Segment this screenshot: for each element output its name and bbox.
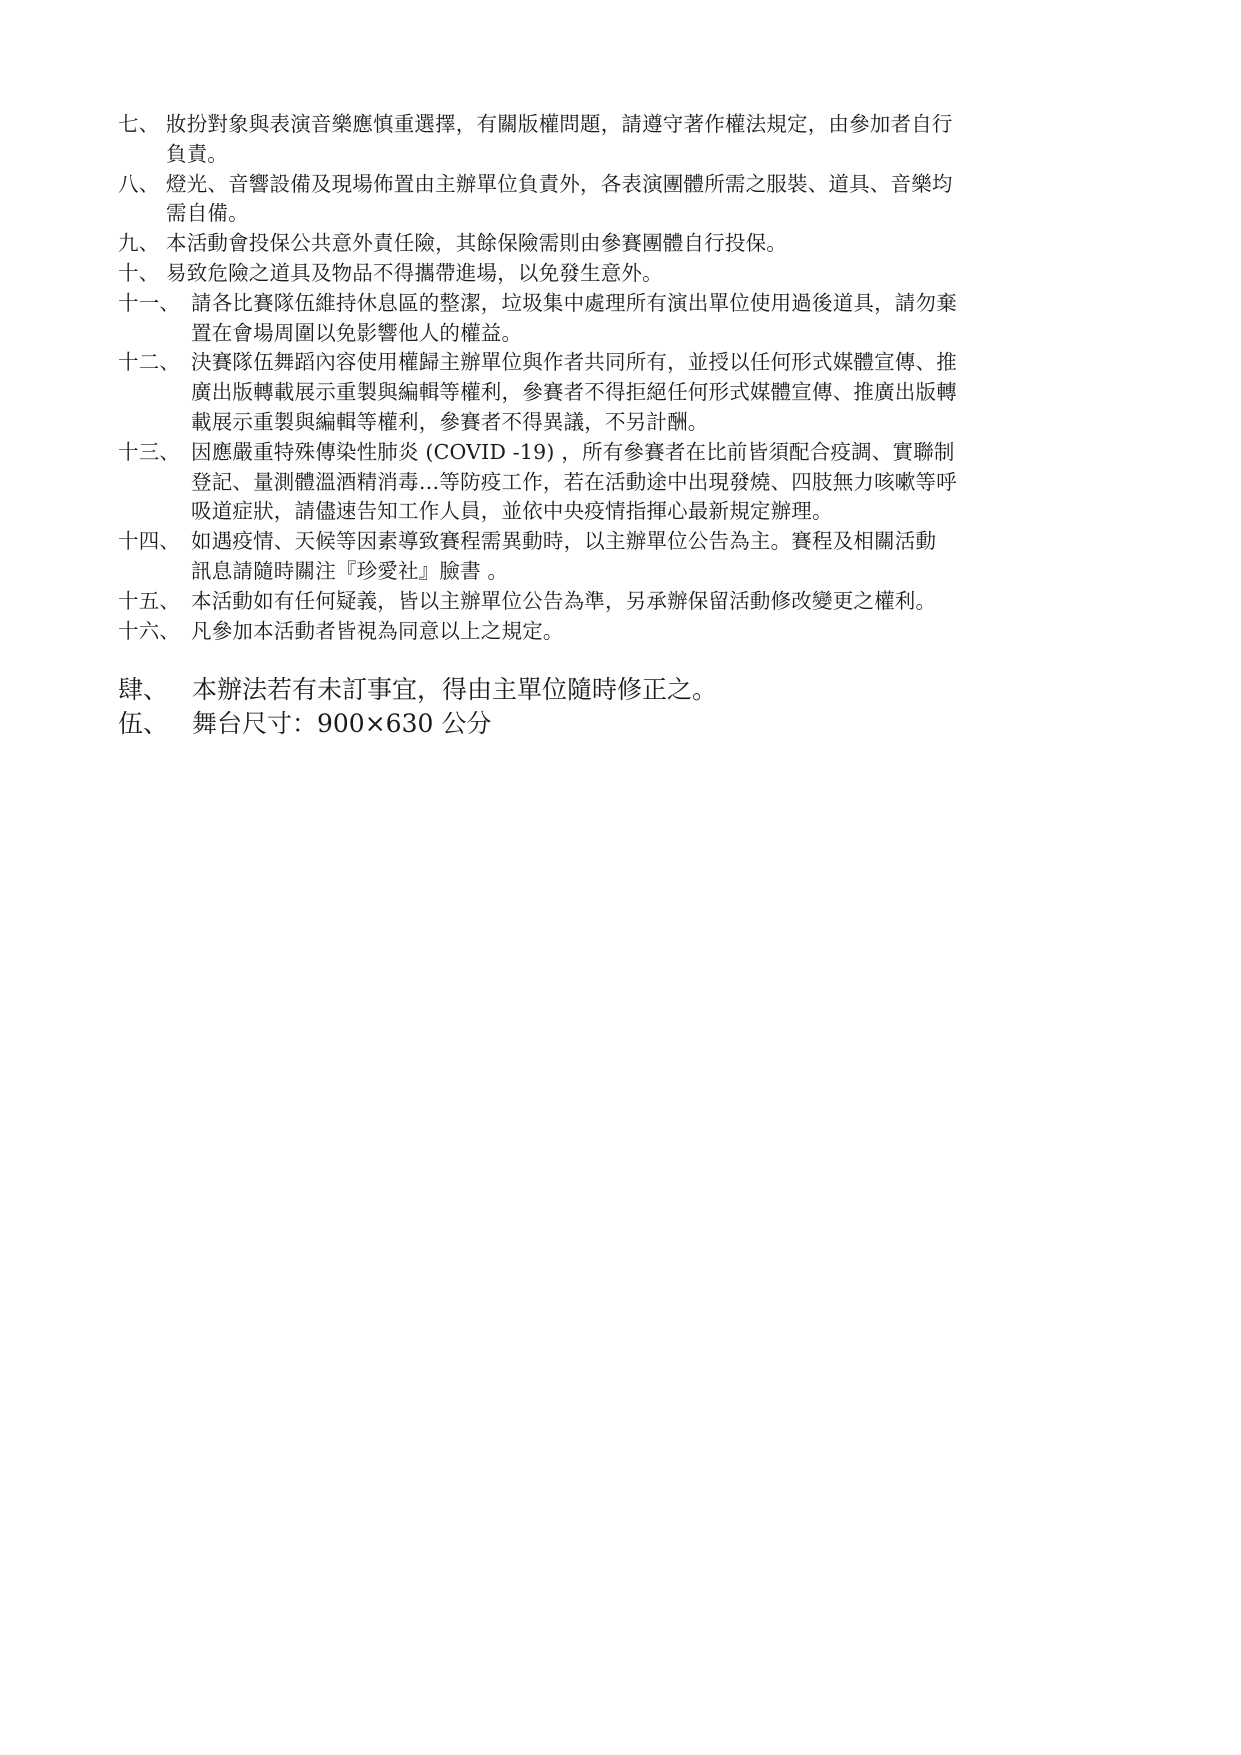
rule-line: 因應嚴重特殊傳染性肺炎 (COVID -19) ，所有參賽者在比前皆須配合疫調、… bbox=[191, 438, 1118, 468]
rule-line: 訊息請隨時關注『珍愛社』臉書 。 bbox=[191, 557, 1118, 587]
rule-line: 登記、量測體溫酒精消毒…等防疫工作，若在活動途中出現發燒、四肢無力咳嗽等呼 bbox=[191, 468, 1118, 498]
rule-line: 妝扮對象與表演音樂應慎重選擇，有關版權問題，請遵守著作權法規定，由參加者自行 bbox=[166, 110, 1118, 140]
rule-text: 妝扮對象與表演音樂應慎重選擇，有關版權問題，請遵守著作權法規定，由參加者自行 負… bbox=[166, 110, 1118, 170]
rule-item: 十五、 本活動如有任何疑義，皆以主辦單位公告為準，另承辦保留活動修改變更之權利。 bbox=[118, 587, 1118, 617]
rule-line: 需自備。 bbox=[166, 199, 1118, 229]
rule-line: 決賽隊伍舞蹈內容使用權歸主辦單位與作者共同所有，並授以任何形式媒體宣傳、推 bbox=[191, 348, 1118, 378]
rule-item: 八、 燈光、音響設備及現場佈置由主辦單位負責外，各表演團體所需之服裝、道具、音樂… bbox=[118, 170, 1118, 230]
section-item: 伍、 舞台尺寸：900×630 公分 bbox=[118, 707, 1118, 741]
rule-text: 燈光、音響設備及現場佈置由主辦單位負責外，各表演團體所需之服裝、道具、音樂均 需… bbox=[166, 170, 1118, 230]
rule-line: 置在會場周圍以免影響他人的權益。 bbox=[191, 319, 1118, 349]
rule-line: 本活動如有任何疑義，皆以主辦單位公告為準，另承辦保留活動修改變更之權利。 bbox=[191, 587, 1118, 617]
rule-text: 易致危險之道具及物品不得攜帶進場，以免發生意外。 bbox=[166, 259, 1118, 289]
rule-line: 本活動會投保公共意外責任險，其餘保險需則由參賽團體自行投保。 bbox=[166, 229, 1118, 259]
rule-number: 十五、 bbox=[118, 587, 191, 617]
rule-item: 十、 易致危險之道具及物品不得攜帶進場，以免發生意外。 bbox=[118, 259, 1118, 289]
rule-line: 凡參加本活動者皆視為同意以上之規定。 bbox=[191, 617, 1118, 647]
rule-line: 易致危險之道具及物品不得攜帶進場，以免發生意外。 bbox=[166, 259, 1118, 289]
rule-line: 請各比賽隊伍維持休息區的整潔，垃圾集中處理所有演出單位使用過後道具，請勿棄 bbox=[191, 289, 1118, 319]
rule-number: 七、 bbox=[118, 110, 166, 170]
rule-text: 本活動會投保公共意外責任險，其餘保險需則由參賽團體自行投保。 bbox=[166, 229, 1118, 259]
rule-line: 燈光、音響設備及現場佈置由主辦單位負責外，各表演團體所需之服裝、道具、音樂均 bbox=[166, 170, 1118, 200]
rule-line: 如遇疫情、天候等因素導致賽程需異動時，以主辦單位公告為主。賽程及相關活動 bbox=[191, 527, 1118, 557]
rule-number: 十三、 bbox=[118, 438, 191, 527]
rule-item: 九、 本活動會投保公共意外責任險，其餘保險需則由參賽團體自行投保。 bbox=[118, 229, 1118, 259]
section-number: 伍、 bbox=[118, 707, 192, 741]
section-number: 肆、 bbox=[118, 673, 192, 707]
rule-line: 負責。 bbox=[166, 140, 1118, 170]
rule-text: 如遇疫情、天候等因素導致賽程需異動時，以主辦單位公告為主。賽程及相關活動 訊息請… bbox=[191, 527, 1118, 587]
rule-item: 十三、 因應嚴重特殊傳染性肺炎 (COVID -19) ，所有參賽者在比前皆須配… bbox=[118, 438, 1118, 527]
sections-list: 肆、 本辦法若有未訂事宜，得由主單位隨時修正之。 伍、 舞台尺寸：900×630… bbox=[118, 673, 1118, 741]
rule-number: 十一、 bbox=[118, 289, 191, 349]
rule-line: 吸道症狀，請儘速告知工作人員，並依中央疫情指揮心最新規定辦理。 bbox=[191, 497, 1118, 527]
rule-item: 十六、 凡參加本活動者皆視為同意以上之規定。 bbox=[118, 617, 1118, 647]
rule-item: 十一、 請各比賽隊伍維持休息區的整潔，垃圾集中處理所有演出單位使用過後道具，請勿… bbox=[118, 289, 1118, 349]
rule-line: 廣出版轉載展示重製與編輯等權利，參賽者不得拒絕任何形式媒體宣傳、推廣出版轉 bbox=[191, 378, 1118, 408]
rule-number: 十六、 bbox=[118, 617, 191, 647]
rule-number: 十四、 bbox=[118, 527, 191, 587]
rule-text: 凡參加本活動者皆視為同意以上之規定。 bbox=[191, 617, 1118, 647]
rule-number: 十二、 bbox=[118, 348, 191, 437]
rule-item: 十二、 決賽隊伍舞蹈內容使用權歸主辦單位與作者共同所有，並授以任何形式媒體宣傳、… bbox=[118, 348, 1118, 437]
document-page: 七、 妝扮對象與表演音樂應慎重選擇，有關版權問題，請遵守著作權法規定，由參加者自… bbox=[0, 0, 1241, 1755]
rule-number: 十、 bbox=[118, 259, 166, 289]
rule-number: 八、 bbox=[118, 170, 166, 230]
rule-item: 十四、 如遇疫情、天候等因素導致賽程需異動時，以主辦單位公告為主。賽程及相關活動… bbox=[118, 527, 1118, 587]
rule-text: 因應嚴重特殊傳染性肺炎 (COVID -19) ，所有參賽者在比前皆須配合疫調、… bbox=[191, 438, 1118, 527]
rule-text: 本活動如有任何疑義，皆以主辦單位公告為準，另承辦保留活動修改變更之權利。 bbox=[191, 587, 1118, 617]
section-text: 本辦法若有未訂事宜，得由主單位隨時修正之。 bbox=[192, 673, 717, 707]
section-text: 舞台尺寸：900×630 公分 bbox=[192, 707, 491, 741]
rule-number: 九、 bbox=[118, 229, 166, 259]
rule-item: 七、 妝扮對象與表演音樂應慎重選擇，有關版權問題，請遵守著作權法規定，由參加者自… bbox=[118, 110, 1118, 170]
rules-list: 七、 妝扮對象與表演音樂應慎重選擇，有關版權問題，請遵守著作權法規定，由參加者自… bbox=[118, 110, 1118, 646]
section-item: 肆、 本辦法若有未訂事宜，得由主單位隨時修正之。 bbox=[118, 673, 1118, 707]
rule-text: 決賽隊伍舞蹈內容使用權歸主辦單位與作者共同所有，並授以任何形式媒體宣傳、推 廣出… bbox=[191, 348, 1118, 437]
rule-text: 請各比賽隊伍維持休息區的整潔，垃圾集中處理所有演出單位使用過後道具，請勿棄 置在… bbox=[191, 289, 1118, 349]
rule-line: 載展示重製與編輯等權利，參賽者不得異議，不另計酬。 bbox=[191, 408, 1118, 438]
